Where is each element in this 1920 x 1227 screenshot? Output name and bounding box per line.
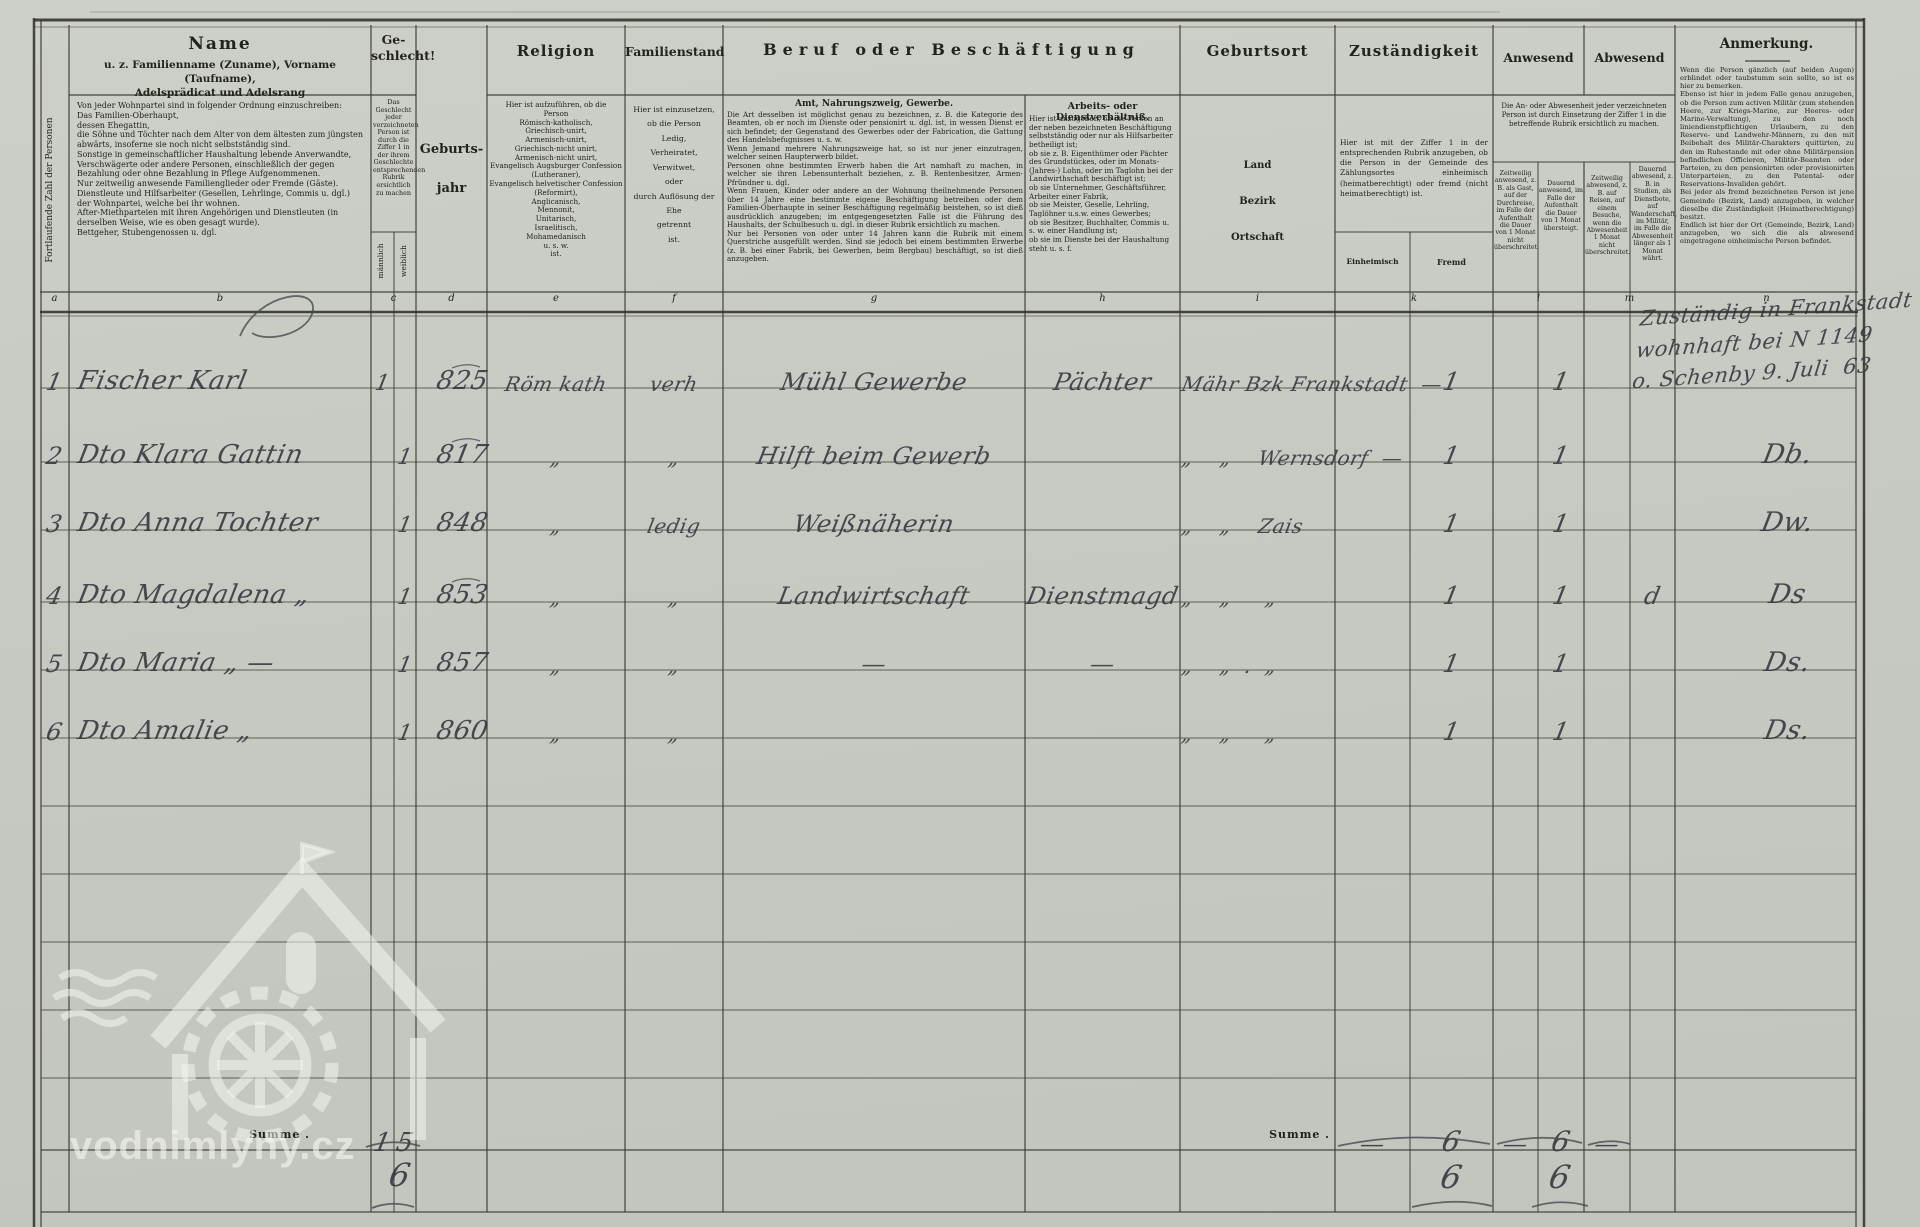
watermark-text: vodnimlyny.cz: [70, 1124, 356, 1169]
census-form-scan: Fortlaufende Zahl der Personen Name u. z…: [0, 0, 1920, 1227]
